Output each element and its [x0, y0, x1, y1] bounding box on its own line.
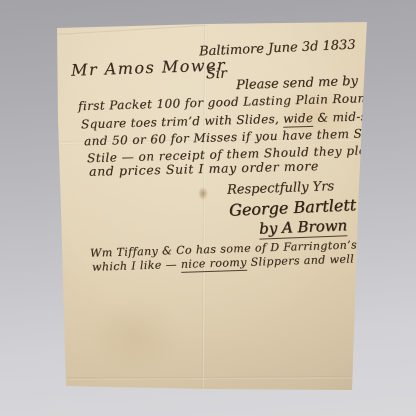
- photo-background: Baltimore June 3d 1833 Mr Amos Mower Sir…: [0, 0, 416, 416]
- letter-signed-by-line: by A Brown: [259, 216, 348, 237]
- ink-stain-spot: [198, 187, 208, 200]
- letter-salutation: Sir: [206, 66, 227, 83]
- paper-stain-lower-left: [88, 295, 183, 375]
- postscript-line-2-underlined: nice roomy: [181, 256, 247, 273]
- postscript-line-2-pre: which I like —: [92, 258, 181, 274]
- body-line-2-post: & mid-sized: [313, 109, 393, 125]
- signed-by-underlined: by A Brown: [259, 216, 348, 239]
- letter-paper: Baltimore June 3d 1833 Mr Amos Mower Sir…: [0, 0, 416, 416]
- body-line-2-underlined-word: wide: [283, 111, 314, 128]
